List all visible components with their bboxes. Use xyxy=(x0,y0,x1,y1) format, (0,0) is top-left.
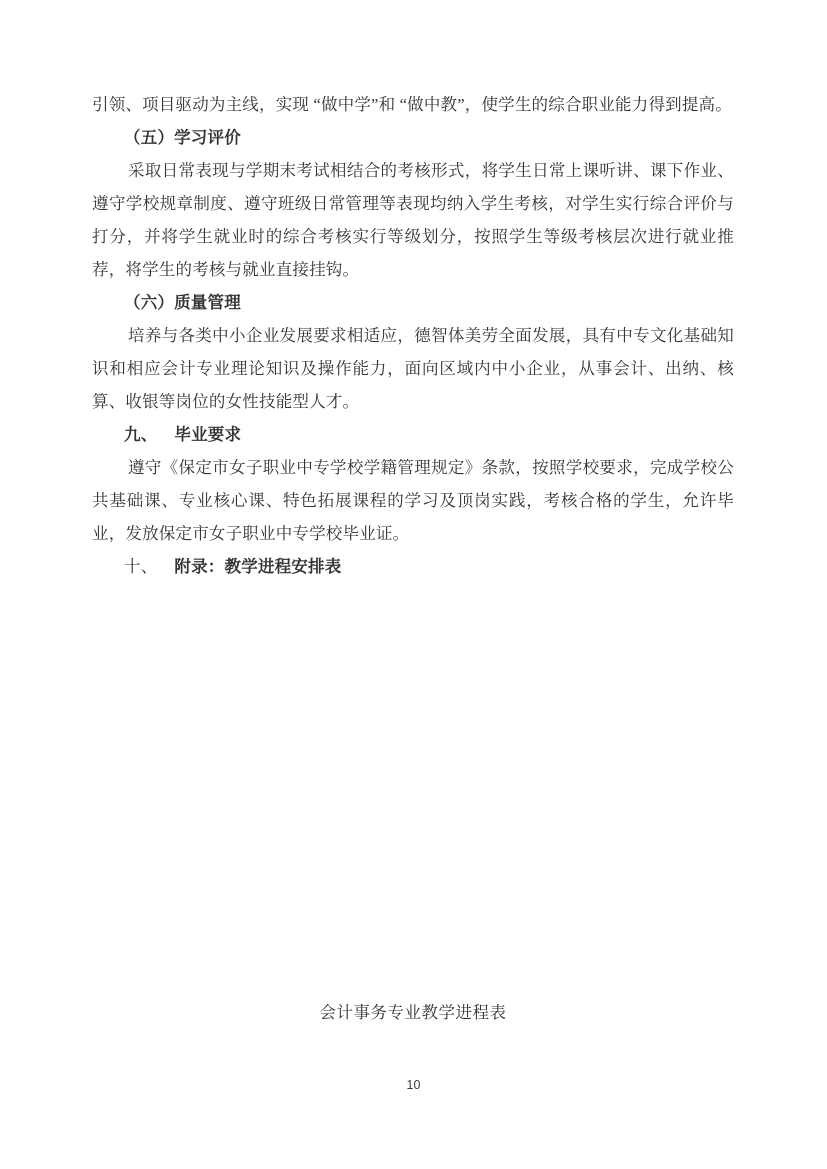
page-number: 10 xyxy=(0,1076,827,1094)
heading-graduation-title: 毕业要求 xyxy=(174,425,241,444)
heading-graduation-number: 九、 xyxy=(124,425,157,444)
heading-appendix-title: 附录：教学进程安排表 xyxy=(174,557,341,576)
heading-learning-evaluation: （五）学习评价 xyxy=(92,121,734,154)
heading-graduation-requirements: 九、毕业要求 xyxy=(92,418,734,451)
document-page: 引领、项目驱动为主线，实现 “做中学”和 “做中教”，使学生的综合职业能力得到提… xyxy=(0,0,827,1169)
heading-quality-management: （六）质量管理 xyxy=(92,286,734,319)
paragraph-graduation-requirements: 遵守《保定市女子职业中专学校学籍管理规定》条款，按照学校要求，完成学校公共基础课… xyxy=(92,451,734,550)
schedule-table-title: 会计事务专业教学进程表 xyxy=(92,999,734,1027)
paragraph-continuation: 引领、项目驱动为主线，实现 “做中学”和 “做中教”，使学生的综合职业能力得到提… xyxy=(92,88,734,121)
paragraph-quality-management: 培养与各类中小企业发展要求相适应，德智体美劳全面发展，具有中专文化基础知识和相应… xyxy=(92,319,734,418)
document-body: 引领、项目驱动为主线，实现 “做中学”和 “做中教”，使学生的综合职业能力得到提… xyxy=(92,88,734,583)
heading-appendix: 十、附录：教学进程安排表 xyxy=(92,550,734,583)
paragraph-learning-evaluation: 采取日常表现与学期末考试相结合的考核形式，将学生日常上课听讲、课下作业、遵守学校… xyxy=(92,154,734,286)
heading-appendix-number: 十、 xyxy=(124,557,157,576)
